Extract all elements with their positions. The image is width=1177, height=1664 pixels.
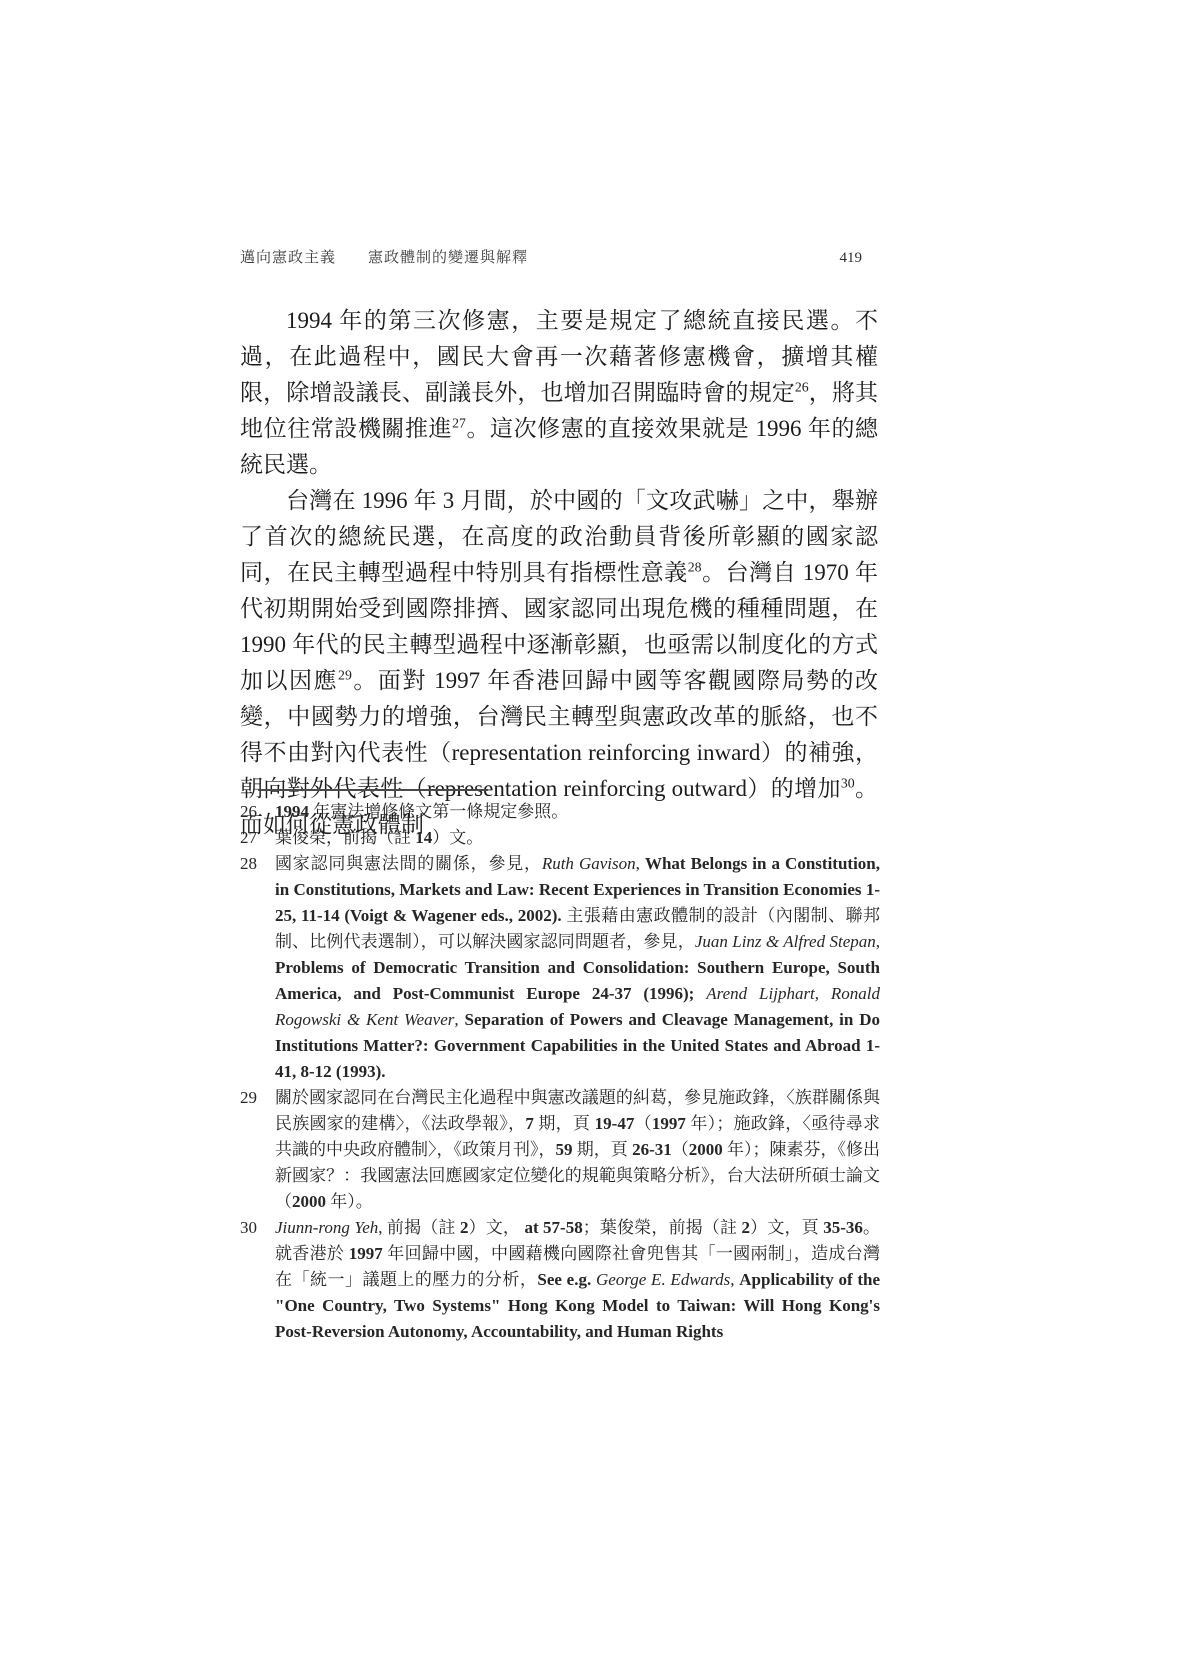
text-segment: ）文，	[468, 1218, 524, 1237]
text-segment: , 前揭（註	[378, 1218, 460, 1237]
text-segment: Juan Linz & Alfred Stepan	[695, 932, 876, 951]
text-segment: 1994 年的第三次修憲，主要是規定了總統直接民選。不過，在此過程中，國民大會再…	[240, 308, 878, 405]
footnote-number: 28	[240, 851, 275, 1085]
text-segment: ；葉俊榮，前揭（註	[583, 1218, 742, 1237]
text-segment: 2000	[689, 1140, 723, 1159]
footnote-item: 261994 年憲法增修條文第一條規定參照。	[240, 799, 880, 825]
text-segment	[694, 984, 706, 1003]
footnote-ref: 30	[841, 775, 855, 790]
text-segment: Ruth Gavison	[542, 854, 636, 873]
footnote-number: 26	[240, 799, 275, 825]
footnote-item: 29關於國家認同在台灣民主化過程中與憲改議題的糾葛，參見施政鋒，〈族群關係與民族…	[240, 1085, 880, 1215]
text-segment: 期，頁	[573, 1140, 633, 1159]
page-header: 邁向憲政主義 憲政體制的變遷與解釋 419	[240, 246, 862, 267]
text-segment: ,	[876, 932, 880, 951]
footnote-item: 30Jiunn-rong Yeh, 前揭（註 2）文， at 57-58；葉俊榮…	[240, 1215, 880, 1345]
footnote-item: 27葉俊榮，前揭（註 14）文。	[240, 825, 880, 851]
text-segment: 7	[525, 1114, 534, 1133]
text-segment: 1997	[349, 1244, 383, 1263]
text-segment: 葉俊榮，前揭（註	[275, 828, 415, 847]
text-segment: 年）。	[326, 1192, 373, 1211]
footnote-ref: 27	[452, 415, 466, 430]
text-segment: See e.g.	[537, 1270, 591, 1289]
text-segment: 26-31	[632, 1140, 672, 1159]
text-segment: ,	[730, 1270, 739, 1289]
text-segment: ）文。	[432, 828, 483, 847]
body-paragraph: 1994 年的第三次修憲，主要是規定了總統直接民選。不過，在此過程中，國民大會再…	[240, 303, 878, 483]
footnote-number: 27	[240, 825, 275, 851]
running-title: 邁向憲政主義 憲政體制的變遷與解釋	[240, 246, 528, 267]
text-segment: ,	[636, 854, 645, 873]
footnotes: 261994 年憲法增修條文第一條規定參照。27葉俊榮，前揭（註 14）文。28…	[240, 799, 880, 1345]
document-page: 邁向憲政主義 憲政體制的變遷與解釋 419 1994 年的第三次修憲，主要是規定…	[0, 0, 1177, 1664]
footnote-item: 28國家認同與憲法間的關係，參見，Ruth Gavison, What Belo…	[240, 851, 880, 1085]
text-segment: 19-47	[595, 1114, 635, 1133]
text-segment: 14	[415, 828, 432, 847]
text-segment: 國家認同與憲法間的關係，參見，	[275, 854, 542, 873]
text-segment: ,	[454, 1010, 464, 1029]
footnote-text: 關於國家認同在台灣民主化過程中與憲改議題的糾葛，參見施政鋒，〈族群關係與民族國家…	[275, 1085, 880, 1215]
text-segment: 年憲法增修條文第一條規定參照。	[309, 802, 568, 821]
footnote-ref: 28	[688, 559, 702, 574]
footnote-ref: 26	[795, 379, 809, 394]
text-segment: George E. Edwards	[596, 1270, 730, 1289]
footnote-text: 國家認同與憲法間的關係，參見，Ruth Gavison, What Belong…	[275, 851, 880, 1085]
text-segment: （	[672, 1140, 689, 1159]
text-segment: 2	[742, 1218, 751, 1237]
text-segment: 期，頁	[534, 1114, 595, 1133]
text-segment: Jiunn-rong Yeh	[275, 1218, 378, 1237]
footnote-text: 葉俊榮，前揭（註 14）文。	[275, 825, 880, 851]
footnote-separator	[258, 789, 488, 791]
footnote-ref: 29	[338, 667, 352, 682]
footnote-number: 29	[240, 1085, 275, 1215]
text-segment: at 57-58	[524, 1218, 582, 1237]
page-number: 419	[840, 250, 863, 267]
footnote-number: 30	[240, 1215, 275, 1345]
text-segment: 35-36	[823, 1218, 863, 1237]
footnote-text: Jiunn-rong Yeh, 前揭（註 2）文， at 57-58；葉俊榮，前…	[275, 1215, 880, 1345]
text-segment: 1994	[275, 802, 309, 821]
text-segment: （	[634, 1114, 652, 1133]
text-segment: 1997	[652, 1114, 686, 1133]
text-segment: 2000	[292, 1192, 326, 1211]
text-segment: ）文，頁	[750, 1218, 823, 1237]
body-text: 1994 年的第三次修憲，主要是規定了總統直接民選。不過，在此過程中，國民大會再…	[240, 303, 878, 843]
text-segment: 59	[556, 1140, 573, 1159]
footnote-text: 1994 年憲法增修條文第一條規定參照。	[275, 799, 880, 825]
